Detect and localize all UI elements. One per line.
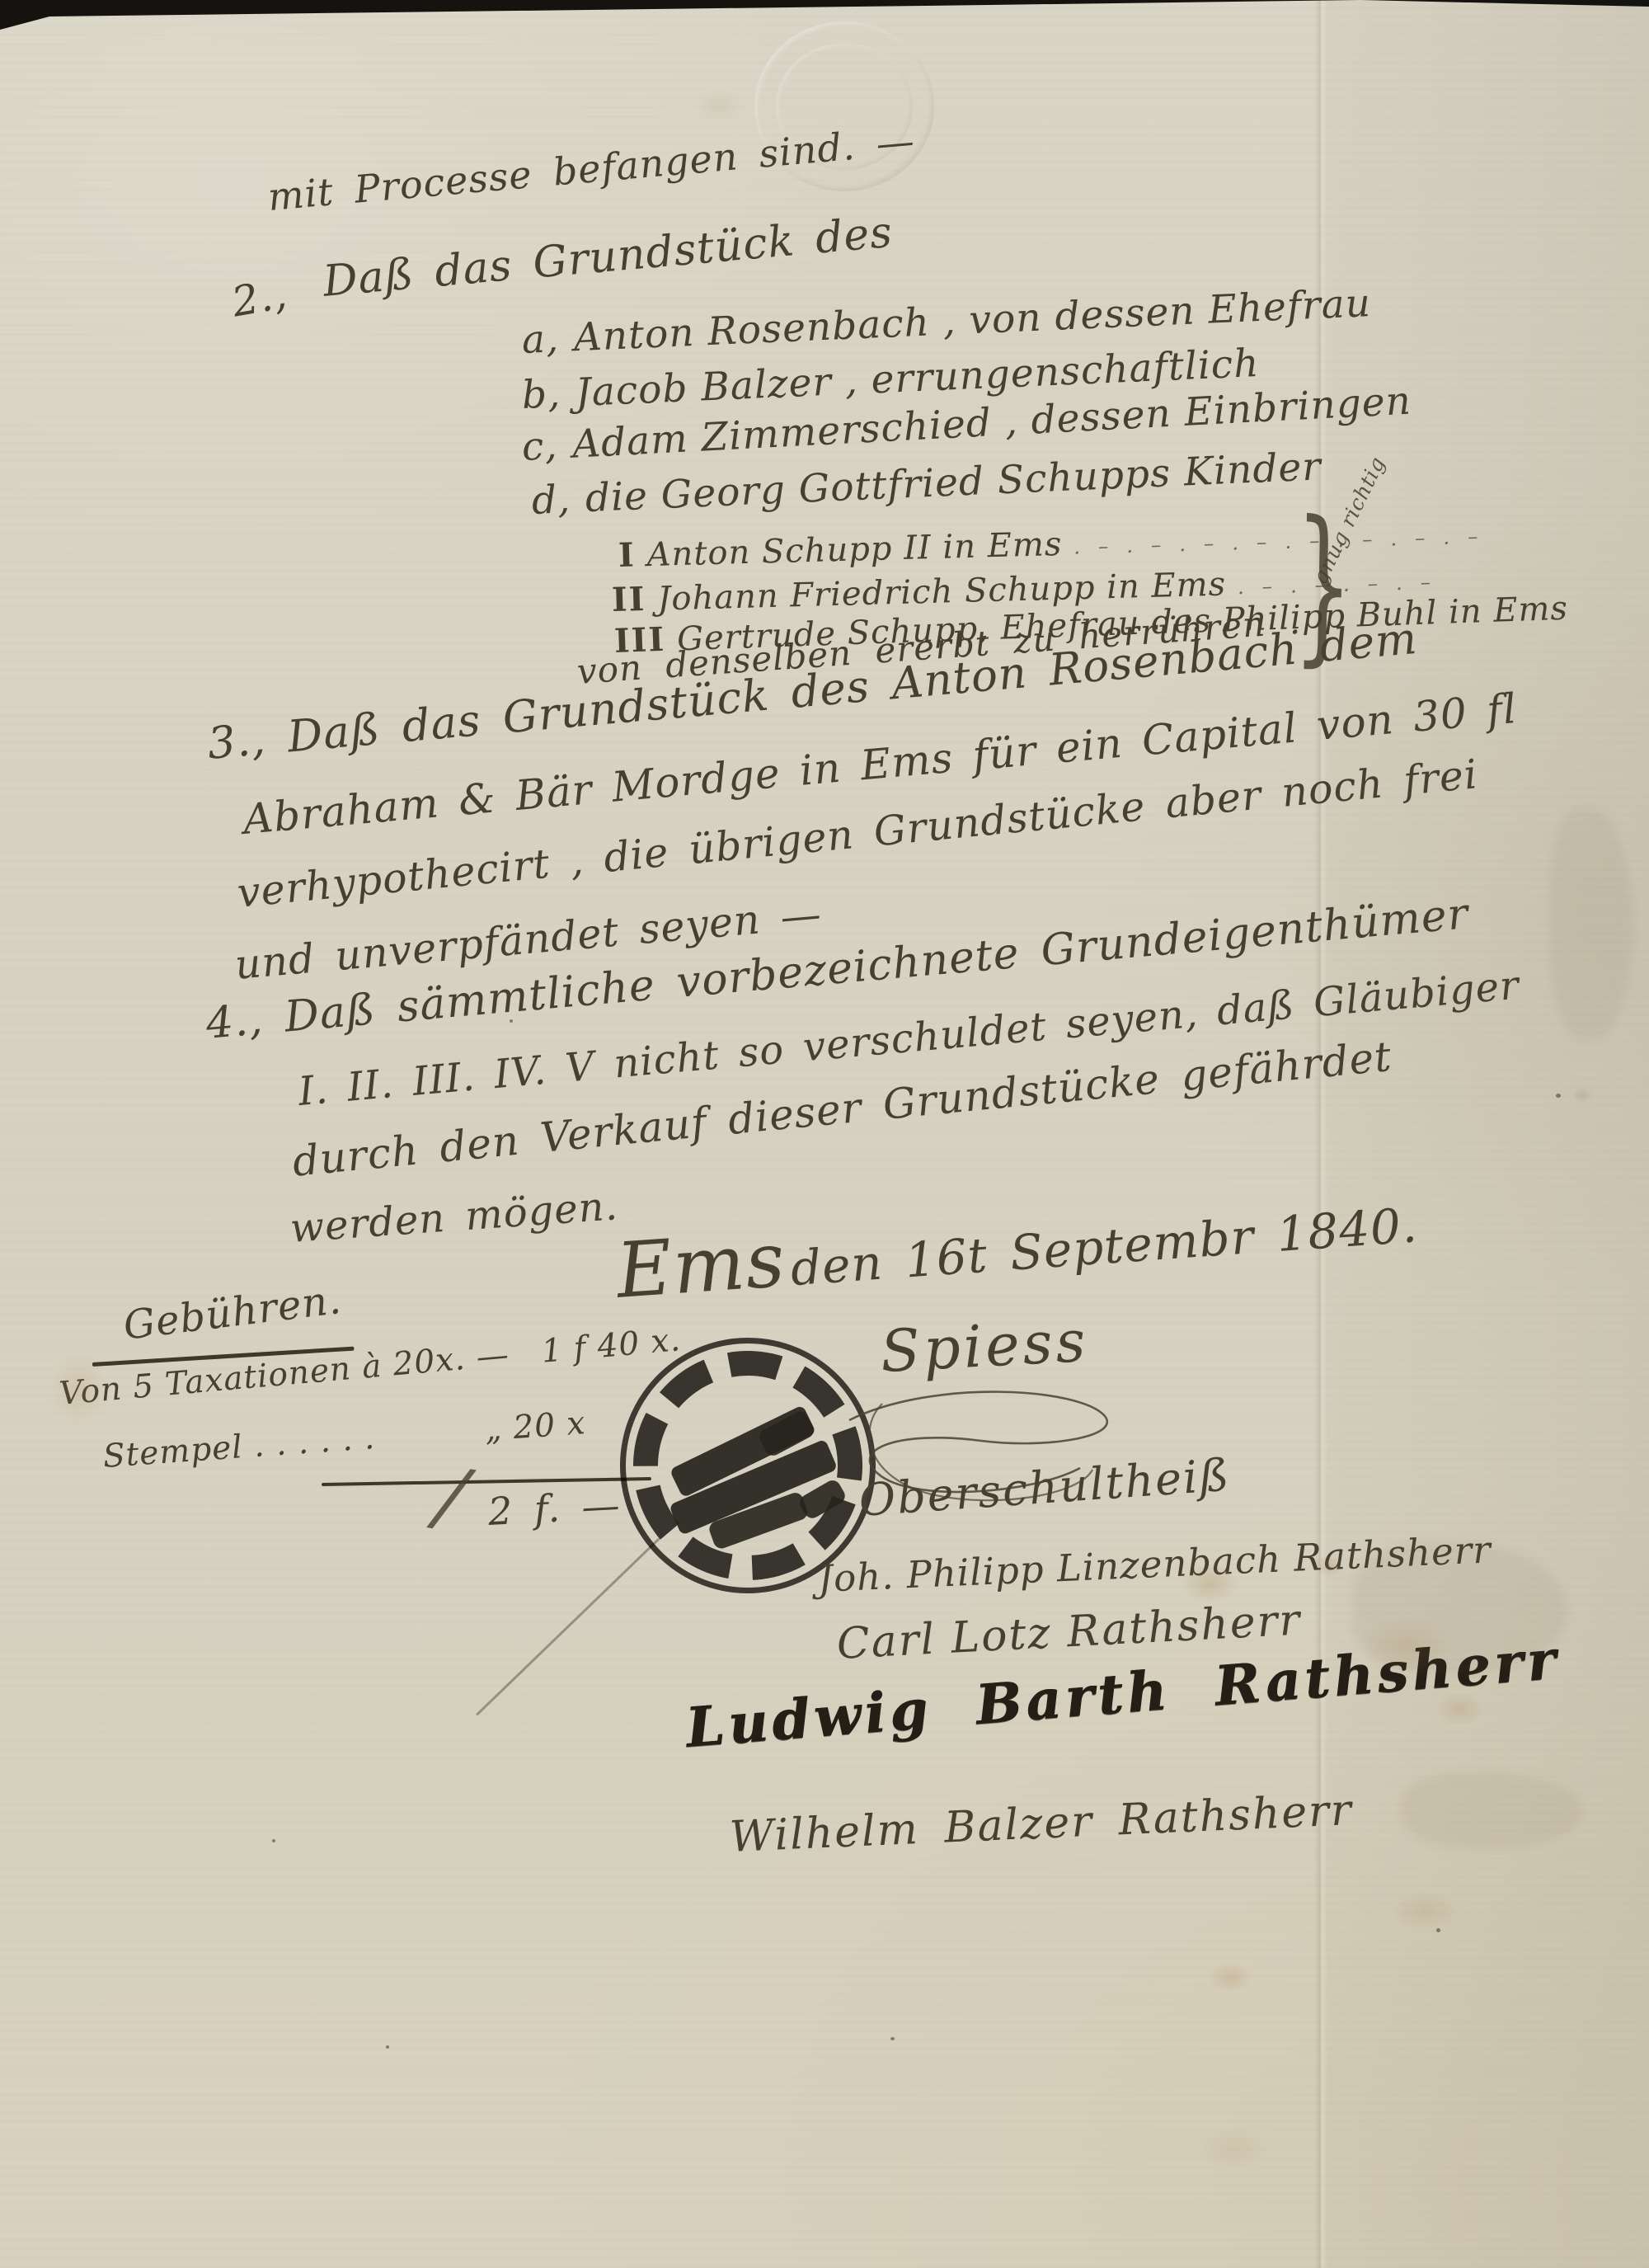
fees-slash: ∕ <box>430 1449 473 1545</box>
owner-marker: b, <box>521 370 576 418</box>
vertical-fold-crease <box>1314 0 1327 2268</box>
foxing-stain <box>1209 1963 1252 1993</box>
bleed-through <box>1352 1542 1567 1674</box>
heir-text: Anton Schupp II in Ems <box>646 525 1063 574</box>
ink-fleck <box>272 1839 275 1842</box>
owner-marker: a, <box>521 315 575 363</box>
heir-numeral: II <box>611 580 658 619</box>
foxing-stain <box>1197 2128 1271 2169</box>
ink-fleck <box>510 1019 513 1023</box>
owner-marker: c, <box>521 422 574 470</box>
intro-line: mit Processe befangen sind. — <box>266 118 917 219</box>
item2-heading: Daß das Grundstück des <box>321 208 895 307</box>
item4-line: werden mögen. <box>289 1183 619 1252</box>
fee-value: „ 20 x <box>385 1405 587 1456</box>
ink-fleck <box>386 2045 389 2049</box>
dateline-place: Ems <box>613 1216 788 1315</box>
page-edge-shading <box>1319 0 1649 2268</box>
fee-row: Stempel . . . . . . „ 20 x <box>101 1405 586 1475</box>
ink-fleck <box>890 2037 895 2040</box>
signature-councilman: Wilhelm Balzer Rathsherr <box>729 1786 1354 1862</box>
manuscript-page: mit Processe befangen sind. — 2., Daß da… <box>0 0 1649 2268</box>
fees-heading: Gebühren. <box>121 1277 345 1349</box>
ink-fleck <box>1556 1094 1561 1098</box>
heir-numeral: I <box>618 535 647 575</box>
dateline: Ems den 16t Septembr 1840. <box>613 1171 1420 1315</box>
bleed-through <box>1402 1773 1583 1847</box>
ink-fleck <box>1436 1928 1440 1932</box>
pen-stroke <box>476 1537 660 1715</box>
owner-marker: d, <box>531 476 586 524</box>
dotted-leader: . – . – . – . – . – . – . – . – <box>1073 524 1484 558</box>
fees-total: 2 f. — <box>487 1483 622 1534</box>
item2-marker: 2., <box>228 270 291 327</box>
fee-label: Stempel . . . . . . <box>101 1419 376 1475</box>
foxing-stain <box>694 89 744 122</box>
ink-fleck <box>978 752 982 755</box>
